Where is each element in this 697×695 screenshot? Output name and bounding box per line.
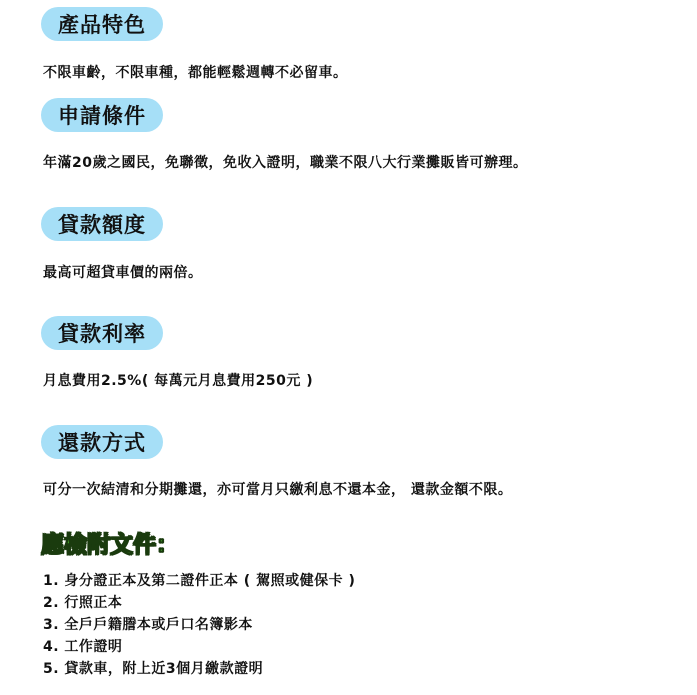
required-documents-heading: 應檢附文件： [41, 526, 179, 559]
list-item: 3. 全戶戶籍謄本或戶口名簿影本 [43, 614, 355, 636]
section-description: 不限車齡，不限車種，都能輕鬆週轉不必留車。 [43, 62, 348, 82]
section-description: 月息費用2.5%( 每萬元月息費用250元 ) [43, 370, 313, 390]
section-description: 最高可超貸車價的兩倍。 [43, 262, 203, 282]
section-title-pill: 貸款額度 [41, 207, 163, 241]
section-description: 年滿20歲之國民，免聯徵，免收入證明，職業不限八大行業攤販皆可辦理。 [43, 152, 527, 172]
list-item: 1. 身分證正本及第二證件正本 ( 駕照或健保卡 ) [43, 570, 355, 592]
section-title-pill: 貸款利率 [41, 316, 163, 350]
section-title-pill: 還款方式 [41, 425, 163, 459]
section-title-pill: 申請條件 [41, 98, 163, 132]
required-documents-list: 1. 身分證正本及第二證件正本 ( 駕照或健保卡 ) 2. 行照正本 3. 全戶… [43, 570, 355, 680]
section-title-pill: 產品特色 [41, 7, 163, 41]
section-description: 可分一次結清和分期攤還，亦可當月只繳利息不還本金， 還款金額不限。 [43, 479, 512, 499]
list-item: 4. 工作證明 [43, 636, 355, 658]
list-item: 2. 行照正本 [43, 592, 355, 614]
list-item: 5. 貸款車，附上近3個月繳款證明 [43, 658, 355, 680]
